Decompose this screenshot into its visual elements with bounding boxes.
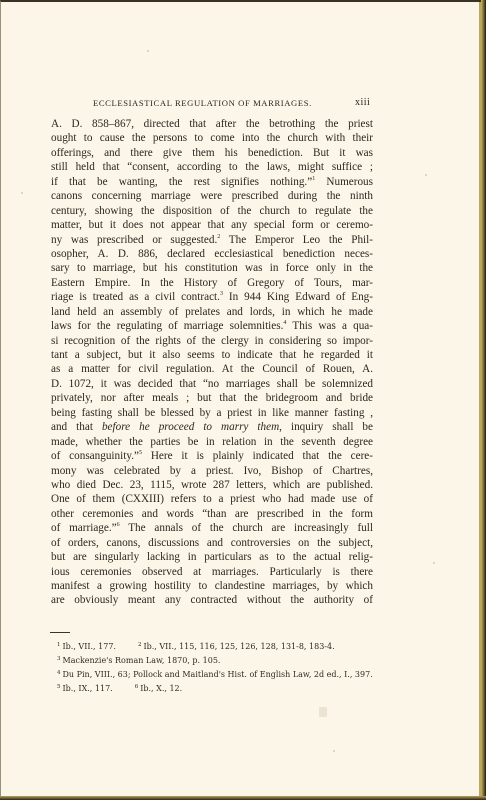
footnote-number: 3 [57,656,61,662]
text-run: Here it is plainly indicated that the ce… [142,450,373,462]
body-text: A. D. 858–867, directed that after the b… [51,117,373,608]
text-run: In 944 King Edward of Eng- [223,291,373,303]
text-line: but are singularly lacking in particular… [51,550,373,564]
footnote-text: Ib., VII., 115, 116, 125, 126, 128, 131-… [143,642,334,651]
text-run: canons concerning marriage were prescrib… [51,190,373,202]
text-line: Eastern Empire. In the History of Gregor… [51,276,373,290]
text-run: century, showing the disposition of the … [51,205,373,217]
text-run: ought to cause the persons to come into … [51,132,373,144]
text-run: The Emperor Leo the Phil- [220,234,373,246]
footnote-text: Mackenzie's Roman Law, 1870, p. 105. [63,656,221,665]
footnote-rule [50,632,70,633]
text-run: This was a qua- [286,320,373,332]
footnote-text: Du Pin, VIII., 63; Pollock and Maitland'… [63,670,373,679]
paper-stain [319,707,327,717]
text-line: if that be wanting, the rest signifies n… [51,175,373,189]
text-line: One of them (CXXIII) refers to a priest … [51,492,373,506]
paper-speck [333,750,335,752]
text-run: tant a subject, but it also seems to ind… [51,349,373,361]
text-line: privately, nor after meals ; but that th… [51,391,373,405]
text-line: still held that “consent, according to t… [51,160,373,174]
text-line: made, whether the parties be in relation… [51,435,373,449]
text-run: of orders, canons, discussions and contr… [51,537,373,549]
text-run: matter, but it does not appear that any … [51,219,373,231]
paper-speck [433,562,435,564]
text-run: if that be wanting, the rest signifies n… [51,176,312,188]
italic-text: before he proceed to marry them [102,421,279,433]
text-line: are obviously meant any contracted witho… [51,593,373,607]
page-number: xiii [355,97,370,108]
footnote-number: 2 [138,642,142,648]
text-line: canons concerning marriage were prescrib… [51,189,373,203]
page-edge-right [481,0,486,800]
paper-speck [21,192,23,194]
text-run: ious ceremonies observed at marriages. P… [51,566,373,578]
text-line: sary to marriage, but his constitution w… [51,261,373,275]
text-line: tant a subject, but it also seems to ind… [51,348,373,362]
text-line: osopher, A. D. 886, declared ecclesiasti… [51,247,373,261]
footnote-line: 3Mackenzie's Roman Law, 1870, p. 105. [57,654,377,668]
text-run: The annals of the church are increasingl… [120,522,373,534]
text-run: Eastern Empire. In the History of Gregor… [51,277,373,289]
running-head: ECCLESIASTICAL REGULATION OF MARRIAGES. [93,98,393,108]
text-run: offerings, and there give them his bened… [51,147,373,159]
text-line: ought to cause the persons to come into … [51,131,373,145]
footnote-number: 4 [57,670,61,676]
text-line: ious ceremonies observed at marriages. P… [51,565,373,579]
footnote-line: 1Ib., VII., 177.2Ib., VII., 115, 116, 12… [57,640,377,654]
text-run: land held an assembly of prelates and lo… [51,306,373,318]
text-line: as a matter for civil regulation. At the… [51,362,373,376]
text-run: sary to marriage, but his constitution w… [51,262,373,274]
text-line: of marriage.”6 The annals of the church … [51,521,373,535]
footnotes: 1Ib., VII., 177.2Ib., VII., 115, 116, 12… [57,640,377,696]
paper-speck [425,174,427,176]
text-run: still held that “consent, according to t… [51,161,373,173]
text-run: si recognition of the rights of the cler… [51,335,373,347]
text-run: privately, nor after meals ; but that th… [51,392,373,404]
text-run: other ceremonies and words “than are pre… [51,508,373,520]
text-line: being fasting shall be blessed by a prie… [51,406,373,420]
footnote-number: 5 [57,684,61,690]
text-run: as a matter for civil regulation. At the… [51,363,373,375]
text-run: Numerous [315,176,373,188]
text-line: land held an assembly of prelates and lo… [51,305,373,319]
footnote-number: 1 [57,642,61,648]
text-run: D. 1072, it was decided that “no marriag… [51,378,373,390]
text-line: manifest a growing hostility to clandest… [51,579,373,593]
text-line: laws for the regulating of marriage sole… [51,319,373,333]
text-run: mony was celebrated by a priest. Ivo, Bi… [51,465,373,477]
text-run: ny was prescribed or suggested. [51,234,217,246]
page-edge-bottom [0,796,486,800]
text-run: , inquiry shall be [279,421,373,433]
text-line: century, showing the disposition of the … [51,204,373,218]
text-line: of orders, canons, discussions and contr… [51,536,373,550]
text-run: laws for the regulating of marriage sole… [51,320,283,332]
text-line: mony was celebrated by a priest. Ivo, Bi… [51,464,373,478]
text-run: One of them (CXXIII) refers to a priest … [51,493,373,505]
text-run: A. D. 858–867, directed that after the b… [51,118,373,130]
text-run: riage is treated as a civil contract. [51,291,220,303]
text-run: of marriage.” [51,522,117,534]
footnote-text: Ib., IX., 117. [63,684,113,693]
text-line: offerings, and there give them his bened… [51,146,373,160]
text-run: made, whether the parties be in relation… [51,436,373,448]
text-line: matter, but it does not appear that any … [51,218,373,232]
text-run: osopher, A. D. 886, declared ecclesiasti… [51,248,373,260]
paper-speck [147,50,149,52]
text-run: who died Dec. 23, 1115, wrote 287 letter… [51,479,373,491]
text-run: manifest a growing hostility to clandest… [51,580,373,592]
text-line: riage is treated as a civil contract.3 I… [51,290,373,304]
text-run: being fasting shall be blessed by a prie… [51,407,373,419]
footnote-text: Ib., VII., 177. [63,642,116,651]
footnote-text: Ib., X., 12. [140,684,182,693]
text-line: of consanguinity.”5 Here it is plainly i… [51,449,373,463]
footnote-number: 6 [135,684,139,690]
text-run: of consanguinity.” [51,450,139,462]
text-run: are obviously meant any contracted witho… [51,594,373,606]
text-run: and that [51,421,102,433]
text-line: and that before he proceed to marry them… [51,420,373,434]
text-line: A. D. 858–867, directed that after the b… [51,117,373,131]
text-line: ny was prescribed or suggested.2 The Emp… [51,233,373,247]
text-line: si recognition of the rights of the cler… [51,334,373,348]
text-line: other ceremonies and words “than are pre… [51,507,373,521]
book-page: ECCLESIASTICAL REGULATION OF MARRIAGES. … [0,0,482,798]
text-line: D. 1072, it was decided that “no marriag… [51,377,373,391]
footnote-line: 4Du Pin, VIII., 63; Pollock and Maitland… [57,668,377,682]
text-run: but are singularly lacking in particular… [51,551,373,563]
footnote-line: 5Ib., IX., 117.6Ib., X., 12. [57,682,377,696]
text-line: who died Dec. 23, 1115, wrote 287 letter… [51,478,373,492]
